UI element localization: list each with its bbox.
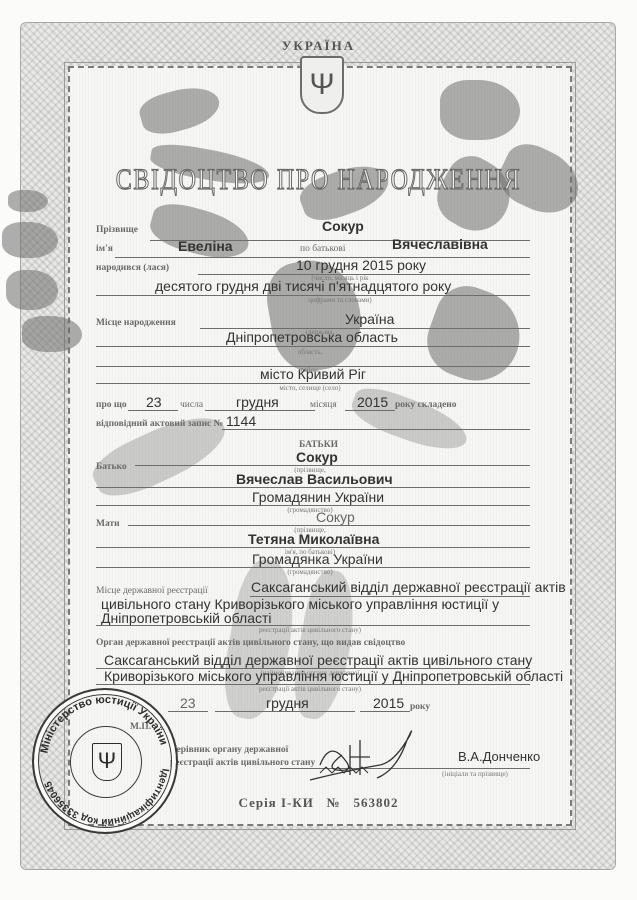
record-month: грудня bbox=[236, 394, 279, 410]
birth-date: 10 грудня 2015 року bbox=[296, 257, 426, 273]
issue-month: грудня bbox=[266, 695, 309, 711]
series-number: Серія І-КИ № 563802 bbox=[0, 795, 637, 811]
issuer-line-1: Саксаганський відділ державної реєстраці… bbox=[104, 652, 532, 668]
country-heading: УКРАЇНА bbox=[0, 38, 637, 54]
patronymic-label: по батькові bbox=[300, 244, 346, 254]
child-patronymic: Вячеславівна bbox=[392, 236, 488, 252]
trident-icon: Ψ bbox=[300, 56, 344, 114]
watermark-blob bbox=[22, 316, 82, 352]
issue-year: 2015 bbox=[373, 695, 404, 711]
mother-label: Мати bbox=[96, 519, 120, 529]
record-number: 1144 bbox=[226, 413, 256, 429]
born-label: народився (лася) bbox=[96, 263, 169, 273]
issue-day: 23 bbox=[180, 695, 196, 711]
registration-place-3: Дніпропетровській області bbox=[101, 610, 272, 626]
mother-citizenship: Громадянка України bbox=[252, 551, 383, 567]
father-surname: Сокур bbox=[296, 449, 338, 465]
child-name: Евеліна bbox=[178, 238, 233, 254]
watermark-blob bbox=[8, 190, 48, 212]
record-year: 2015 bbox=[357, 394, 388, 410]
record-day: 23 bbox=[146, 394, 162, 410]
watermark-blob bbox=[6, 270, 58, 310]
birth-date-words: десятого грудня дві тисячі п'ятнадцятого… bbox=[155, 278, 451, 294]
mother-name: Тетяна Миколаївна bbox=[248, 531, 379, 547]
birth-country: Україна bbox=[345, 311, 394, 327]
name-label: ім'я bbox=[96, 244, 113, 254]
trident-icon: Ψ bbox=[92, 743, 122, 781]
birth-city: місто Кривий Ріг bbox=[260, 366, 366, 382]
child-surname: Сокур bbox=[322, 218, 364, 234]
mother-surname: Сокур bbox=[316, 509, 355, 525]
official-stamp: Міністерство юстиції України Ідентифікац… bbox=[32, 688, 178, 834]
place-of-birth-label: Місце народження bbox=[96, 318, 176, 328]
father-citizenship: Громадянин України bbox=[252, 489, 384, 505]
watermark-blob bbox=[2, 222, 58, 258]
father-name: Вячеслав Васильович bbox=[236, 471, 393, 487]
watermark-blob bbox=[440, 80, 520, 140]
registration-place-1: Саксаганський відділ державної реєстраці… bbox=[251, 579, 566, 595]
surname-label: Прізвище bbox=[96, 225, 138, 235]
head-name: В.А.Донченко bbox=[458, 749, 540, 764]
father-label: Батько bbox=[96, 462, 127, 472]
document-title: СВІДОЦТВО ПРО НАРОДЖЕННЯ bbox=[64, 163, 574, 197]
signature bbox=[300, 725, 420, 785]
birth-region: Дніпропетровська область bbox=[226, 329, 398, 345]
issuer-line-2: Криворізького міського управління юстиці… bbox=[104, 668, 563, 684]
